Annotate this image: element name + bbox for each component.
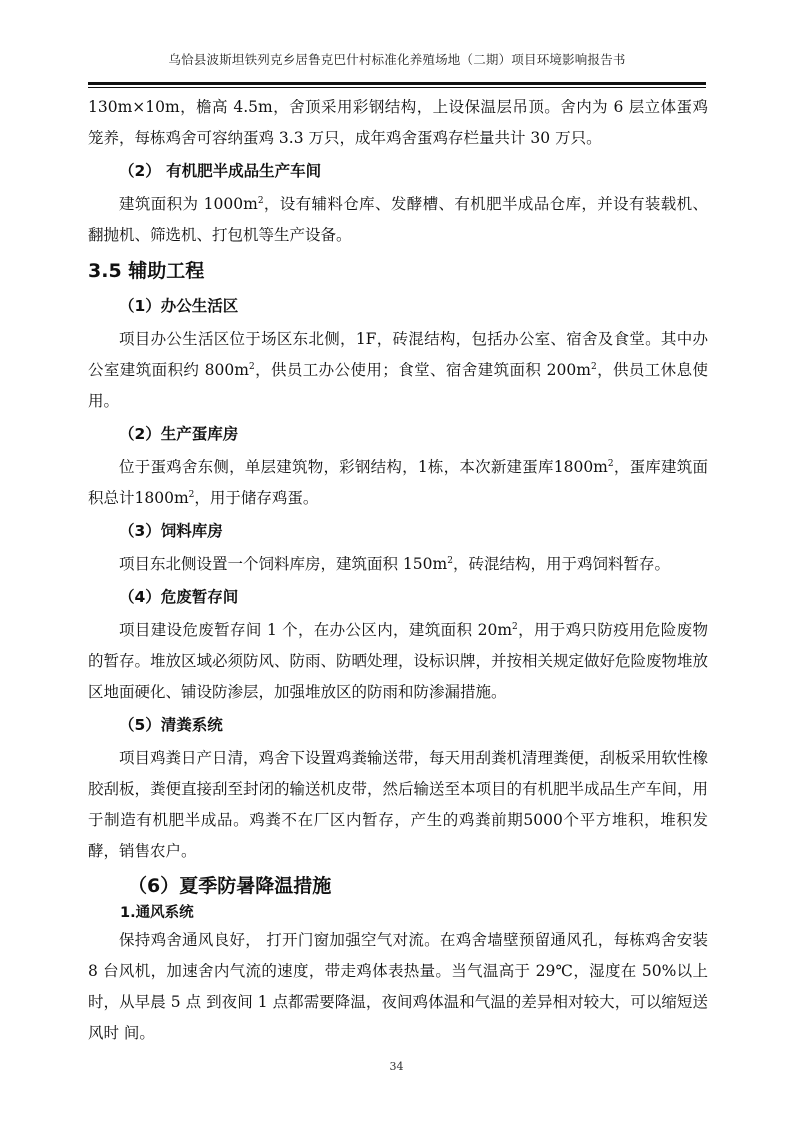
paragraph-hazardous-waste: 项目建设危废暂存间 1 个，在办公区内，建筑面积 20m2，用于鸡只防疫用危险废…: [88, 615, 708, 708]
subheading-organic-workshop: （2） 有机肥半成品生产车间: [88, 156, 708, 187]
text: 建筑面积为 1000m: [119, 195, 258, 213]
subheading-egg-storage: （2）生产蛋库房: [88, 419, 708, 450]
text: ，供员工办公使用；食堂、宿舍建筑面积 200m: [255, 361, 591, 379]
paragraph-organic-workshop: 建筑面积为 1000m2，设有辅料仓库、发酵槽、有机肥半成品仓库，并设有装载机、…: [88, 189, 708, 251]
text: ，砖混结构，用于鸡饲料暂存。: [453, 555, 670, 573]
text: ，用于储存鸡蛋。: [194, 489, 318, 507]
header-rule-thin: [88, 87, 706, 88]
subheading-office: （1）办公生活区: [88, 291, 708, 322]
subheading-manure-system: （5）清粪系统: [88, 710, 708, 741]
subheading-feed-storage: （3）饲料库房: [88, 516, 708, 547]
running-header: 乌恰县波斯坦铁列克乡居鲁克巴什村标准化养殖场地（二期）项目环境影响报告书: [88, 50, 706, 68]
paragraph-egg-storage: 位于蛋鸡舍东侧，单层建筑物，彩钢结构，1栋，本次新建蛋库1800m2，蛋库建筑面…: [88, 452, 708, 514]
header-rule-thick: [88, 82, 706, 85]
text: 位于蛋鸡舍东侧，单层建筑物，彩钢结构，1栋，本次新建蛋库1800m: [119, 458, 608, 476]
text: 项目东北侧设置一个饲料库房，建筑面积 150m: [119, 555, 447, 573]
paragraph-ventilation: 保持鸡舍通风良好， 打开门窗加强空气对流。在鸡舍墙壁预留通风孔，每栋鸡舍安装 8…: [88, 925, 708, 1049]
paragraph-henhouse-cont: 130m×10m，檐高 4.5m，舍顶采用彩钢结构，上设保温层吊顶。舍内为 6 …: [88, 92, 708, 154]
subheading-hazardous-waste: （4）危废暂存间: [88, 582, 708, 613]
paragraph-feed-storage: 项目东北侧设置一个饲料库房，建筑面积 150m2，砖混结构，用于鸡饲料暂存。: [88, 549, 708, 580]
text: 项目建设危废暂存间 1 个，在办公区内，建筑面积 20m: [119, 621, 512, 639]
page-number: 34: [0, 1060, 793, 1073]
page-body: 130m×10m，檐高 4.5m，舍顶采用彩钢结构，上设保温层吊顶。舍内为 6 …: [88, 92, 708, 1049]
paragraph-manure-system: 项目鸡粪日产日清，鸡舍下设置鸡粪输送带，每天用刮粪机清理粪便，刮板采用软性橡胶刮…: [88, 743, 708, 867]
subheading-summer-cooling: （6）夏季防暑降温措施: [88, 871, 708, 901]
paragraph-office: 项目办公生活区位于场区东北侧，1F，砖混结构，包括办公室、宿舍及食堂。其中办公室…: [88, 324, 708, 417]
subheading-ventilation: 1.通风系统: [88, 901, 708, 925]
section-heading-3-5: 3.5 辅助工程: [88, 253, 708, 289]
